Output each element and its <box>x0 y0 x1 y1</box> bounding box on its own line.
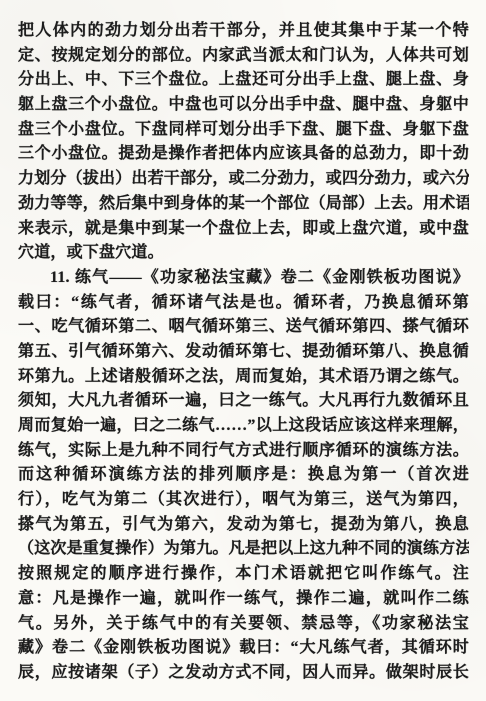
text-line: 藏》卷二《金刚铁板功图说》载曰：“大凡练气者，其循环时 <box>18 636 469 661</box>
text-line: 力划分（拔出）出若干部分，或二分劲力，或四分劲力，或六分 <box>18 167 469 192</box>
text-line: 盘三个小盘位。下盘同样可划分出手下盘、腿下盘、身躯下盘 <box>18 118 469 143</box>
text-line: 第五、引气循环第六、发动循环第七、提劲循环第八、换息循 <box>18 340 469 365</box>
text-line: 环第九。上述诸般循环之法，周而复始，其术语乃谓之练气。 <box>18 365 469 390</box>
text-line-paragraph-end: 穴道，或下盘穴道。 <box>18 241 469 266</box>
text-line-paragraph-start: 11. 练气——《功家秘法宝藏》卷二《金刚铁板功图说》 <box>18 266 469 291</box>
text-line: 一、吃气循环第二、咽气循环第三、送气循环第四、搽气循环 <box>18 315 469 340</box>
text-line: 躯上盘三个小盘位。中盘也可以分出手中盘、腿中盘、身躯中 <box>18 93 469 118</box>
text-line: 气。另外，关于练气中的有关要领、禁忌等，《功家秘法宝 <box>18 612 469 637</box>
text-line: 按照规定的顺序进行操作，本门术语就把它叫作练气。注 <box>18 562 469 587</box>
text-line: 行），吃气为第二（其次进行），咽气为第三，送气为第四， <box>18 488 469 513</box>
text-line: 劲力等等，然后集中到身体的某一个部位（局部）上去。用术语 <box>18 192 469 217</box>
text-line: 载曰：“练气者，循环诸气法是也。循环者，乃换息循环第 <box>18 291 469 316</box>
text-line: 意：凡是操作一遍，就叫作一练气，操作二遍，就叫作二练 <box>18 587 469 612</box>
text-line: （这次是重复操作）为第九。凡是把以上这九种不同的演练方法 <box>18 537 469 562</box>
text-line: 周而复始一遍，曰之二练气……”以上这段话应该这样来理解， <box>18 414 469 439</box>
text-line: 须知，大凡九者循环一遍，曰之一练气。大凡再行九数循环且 <box>18 389 469 414</box>
text-line: 练气，实际上是九种不同行气方式进行顺序循环的演练方法。 <box>18 439 469 464</box>
text-line: 分出上、中、下三个盘位。上盘还可分出手上盘、腿上盘、身 <box>18 68 469 93</box>
text-line: 辰，应按诸架（子）之发动方式不同，因人而异。做架时辰长 <box>18 661 469 686</box>
text-line: 定、按规定划分的部位。内家武当派太和门认为，人体共可划 <box>18 44 469 69</box>
text-line: 把人体内的劲力划分出若干部分，并且使其集中于某一个特 <box>18 19 469 44</box>
text-line: 三个小盘位。提劲是操作者把体内应该具备的总劲力，即十劲 <box>18 142 469 167</box>
scanned-document-page: 把人体内的劲力划分出若干部分，并且使其集中于某一个特 定、按规定划分的部位。内家… <box>0 0 486 701</box>
text-line: 来表示，就是集中到某一个盘位上去，即或上盘穴道，或中盘 <box>18 217 469 242</box>
text-line: 搽气为第五，引气为第六，发动为第七，提劲为第八，换息 <box>18 513 469 538</box>
text-line: 而这种循环演练方法的排列顺序是：换息为第一（首次进 <box>18 463 469 488</box>
